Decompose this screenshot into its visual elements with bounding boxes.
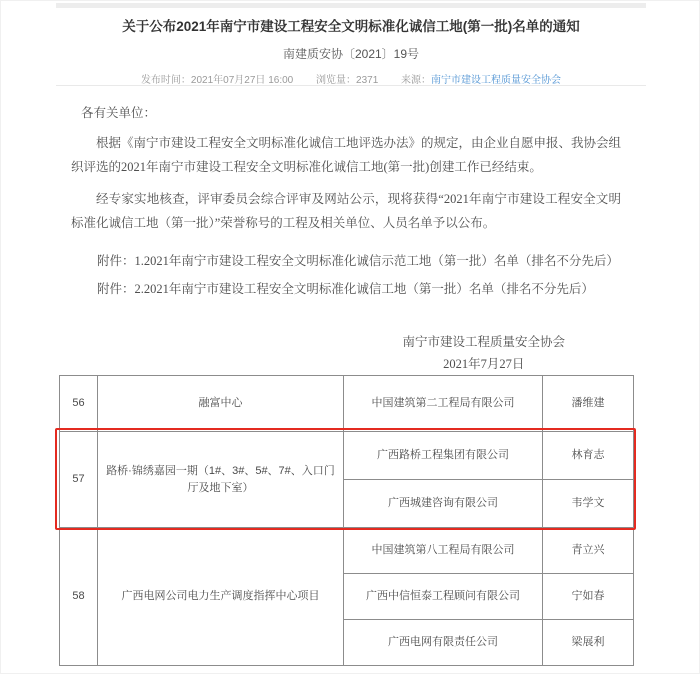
notice-page: 关于公布2021年南宁市建设工程安全文明标准化诚信工地(第一批)名单的通知 南建… [0,0,700,674]
person-cell: 青立兴 [543,528,634,574]
attachments: 附件：1.2021年南宁市建设工程安全文明标准化诚信示范工地（第一批）名单（排名… [71,249,621,301]
row-number-cell: 58 [60,528,98,666]
person-cell: 梁展利 [543,620,634,666]
signature-date: 2021年7月27日 [402,353,565,375]
attachment-item: 附件：1.2021年南宁市建设工程安全文明标准化诚信示范工地（第一批）名单（排名… [71,249,621,273]
attachment-item: 附件：2.2021年南宁市建设工程安全文明标准化诚信工地（第一批）名单（排名不分… [71,277,621,301]
meta-line: 发布时间：2021年07月27日 16:00 浏览量：2371 来源：南宁市建设… [56,71,646,86]
results-table-body: 56融富中心中国建筑第二工程局有限公司潘维建57路桥·锦绣嘉园一期（1#、3#、… [60,376,634,666]
notice-header: 关于公布2021年南宁市建设工程安全文明标准化诚信工地(第一批)名单的通知 南建… [56,18,646,86]
company-cell: 广西电网有限责任公司 [344,620,543,666]
company-cell: 广西中信恒泰工程顾问有限公司 [344,574,543,620]
top-divider [56,3,646,8]
header-divider [56,85,646,86]
project-name-cell: 路桥·锦绣嘉园一期（1#、3#、5#、7#、入口门厅及地下室） [98,432,344,528]
document-number: 南建质安协〔2021〕19号 [56,45,646,62]
body-paragraph: 经专家实地核查，评审委员会综合评审及网站公示，现将获得“2021年南宁市建设工程… [71,187,621,235]
project-name-cell: 广西电网公司电力生产调度指挥中心项目 [98,528,344,666]
salutation: 各有关单位： [81,101,621,125]
notice-body: 各有关单位： 根据《南宁市建设工程安全文明标准化诚信工地评选办法》的规定，由企业… [71,101,621,305]
signature-block: 南宁市建设工程质量安全协会 2021年7月27日 [402,331,565,375]
company-cell: 中国建筑第八工程局有限公司 [344,528,543,574]
table-row: 56融富中心中国建筑第二工程局有限公司潘维建 [60,376,634,432]
person-cell: 韦学文 [543,480,634,528]
project-name-cell: 融富中心 [98,376,344,432]
row-number-cell: 56 [60,376,98,432]
body-paragraph: 根据《南宁市建设工程安全文明标准化诚信工地评选办法》的规定，由企业自愿申报、我协… [71,131,621,179]
table-wrapper: 56融富中心中国建筑第二工程局有限公司潘维建57路桥·锦绣嘉园一期（1#、3#、… [59,375,633,666]
company-cell: 中国建筑第二工程局有限公司 [344,376,543,432]
company-cell: 广西城建咨询有限公司 [344,480,543,528]
table-row: 58广西电网公司电力生产调度指挥中心项目中国建筑第八工程局有限公司青立兴 [60,528,634,574]
page-title: 关于公布2021年南宁市建设工程安全文明标准化诚信工地(第一批)名单的通知 [56,18,646,36]
person-cell: 林育志 [543,432,634,480]
row-number-cell: 57 [60,432,98,528]
results-table: 56融富中心中国建筑第二工程局有限公司潘维建57路桥·锦绣嘉园一期（1#、3#、… [59,375,634,666]
table-row: 57路桥·锦绣嘉园一期（1#、3#、5#、7#、入口门厅及地下室）广西路桥工程集… [60,432,634,480]
person-cell: 潘维建 [543,376,634,432]
company-cell: 广西路桥工程集团有限公司 [344,432,543,480]
signature-org: 南宁市建设工程质量安全协会 [402,331,565,353]
person-cell: 宁如春 [543,574,634,620]
